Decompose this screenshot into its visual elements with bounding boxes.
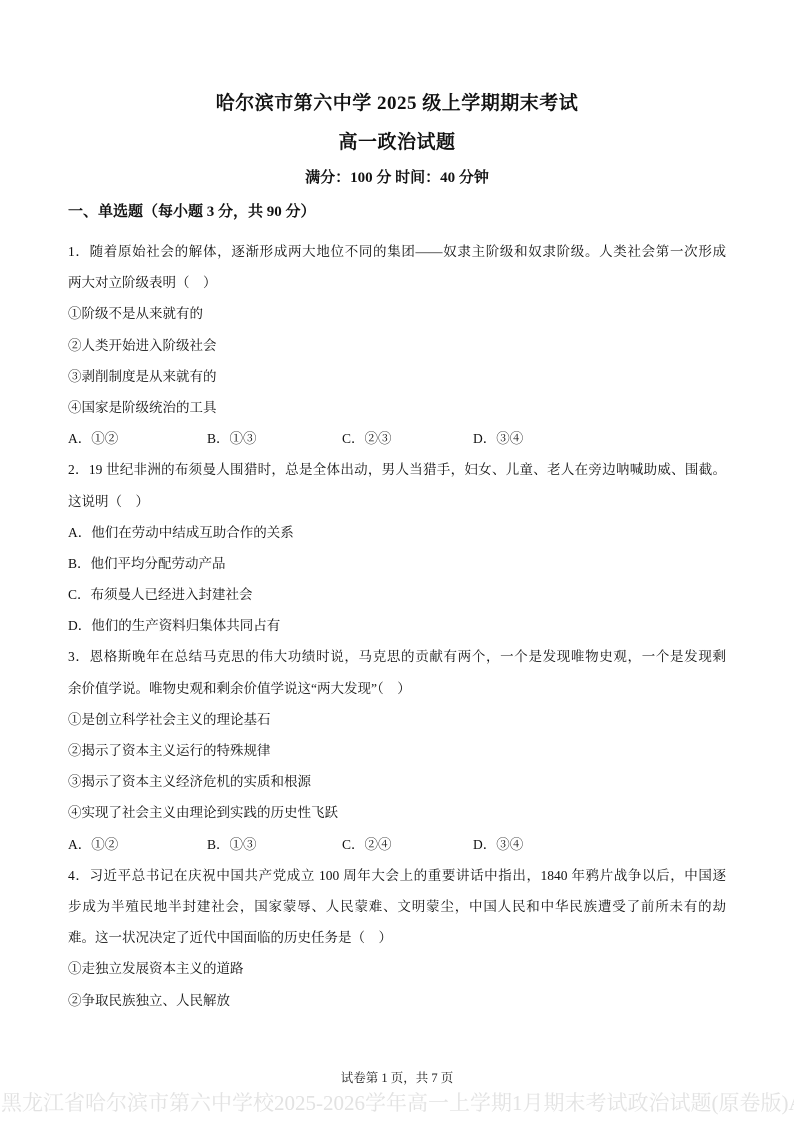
option-cell: D．③④ xyxy=(473,829,726,860)
watermark-text: 黑龙江省哈尔滨市第六中学校2025-2026学年高一上学期1月期末考试政治试题(… xyxy=(1,1090,794,1117)
section-heading: 一、单选题（每小题 3 分，共 90 分） xyxy=(68,201,726,224)
question-line: ④国家是阶级统治的工具 xyxy=(68,392,726,423)
page-number-footer: 试卷第 1 页，共 7 页 xyxy=(0,1069,794,1088)
question-line: 2．19 世纪非洲的布须曼人围猎时，总是全体出动，男人当猎手，妇女、儿童、老人在… xyxy=(68,454,726,485)
exam-page: 哈尔滨市第六中学 2025 级上学期期末考试 高一政治试题 满分：100 分 时… xyxy=(0,0,794,1123)
option-cell: D．③④ xyxy=(473,423,726,454)
question-line: D．他们的生产资料归集体共同占有 xyxy=(68,610,726,641)
question-line: ②人类开始进入阶级社会 xyxy=(68,330,726,361)
option-cell: A．①② xyxy=(68,423,207,454)
question-line: 步成为半殖民地半封建社会，国家蒙辱、人民蒙难、文明蒙尘，中国人民和中华民族遭受了… xyxy=(68,891,726,922)
option-cell: A．①② xyxy=(68,829,207,860)
questions-container: 1．随着原始社会的解体，逐渐形成两大地位不同的集团——奴隶主阶级和奴隶阶级。人类… xyxy=(68,236,726,1016)
question-line: 3．恩格斯晚年在总结马克思的伟大功绩时说，马克思的贡献有两个，一个是发现唯物史观… xyxy=(68,641,726,672)
question-line: ①是创立科学社会主义的理论基石 xyxy=(68,704,726,735)
question-line: 4．习近平总书记在庆祝中国共产党成立 100 周年大会上的重要讲话中指出，184… xyxy=(68,860,726,891)
option-cell: B．①③ xyxy=(207,829,342,860)
option-cell: C．②③ xyxy=(342,423,473,454)
question-line: ②争取民族独立、人民解放 xyxy=(68,985,726,1016)
exam-subtitle: 高一政治试题 xyxy=(0,129,794,156)
question-line: ③揭示了资本主义经济危机的实质和根源 xyxy=(68,766,726,797)
question-line: C．布须曼人已经进入封建社会 xyxy=(68,579,726,610)
question-line: 1．随着原始社会的解体，逐渐形成两大地位不同的集团——奴隶主阶级和奴隶阶级。人类… xyxy=(68,236,726,267)
question-line: ①阶级不是从来就有的 xyxy=(68,298,726,329)
question-line: 难。这一状况决定了近代中国面临的历史任务是（ ） xyxy=(68,922,726,953)
question-line: 余价值学说。唯物史观和剩余价值学说这“两大发现”（ ） xyxy=(68,673,726,704)
question-line: 两大对立阶级表明（ ） xyxy=(68,267,726,298)
question-line: 这说明（ ） xyxy=(68,486,726,517)
question-line: ④实现了社会主义由理论到实践的历史性飞跃 xyxy=(68,797,726,828)
exam-score-time-line: 满分：100 分 时间：40 分钟 xyxy=(0,167,794,190)
options-row: A．①②B．①③C．②④D．③④ xyxy=(68,829,726,860)
question-line: A．他们在劳动中结成互助合作的关系 xyxy=(68,517,726,548)
question-line: ①走独立发展资本主义的道路 xyxy=(68,953,726,984)
options-row: A．①②B．①③C．②③D．③④ xyxy=(68,423,726,454)
option-cell: C．②④ xyxy=(342,829,473,860)
question-line: B．他们平均分配劳动产品 xyxy=(68,548,726,579)
option-cell: B．①③ xyxy=(207,423,342,454)
question-line: ③剥削制度是从来就有的 xyxy=(68,361,726,392)
exam-title: 哈尔滨市第六中学 2025 级上学期期末考试 xyxy=(0,90,794,117)
question-line: ②揭示了资本主义运行的特殊规律 xyxy=(68,735,726,766)
